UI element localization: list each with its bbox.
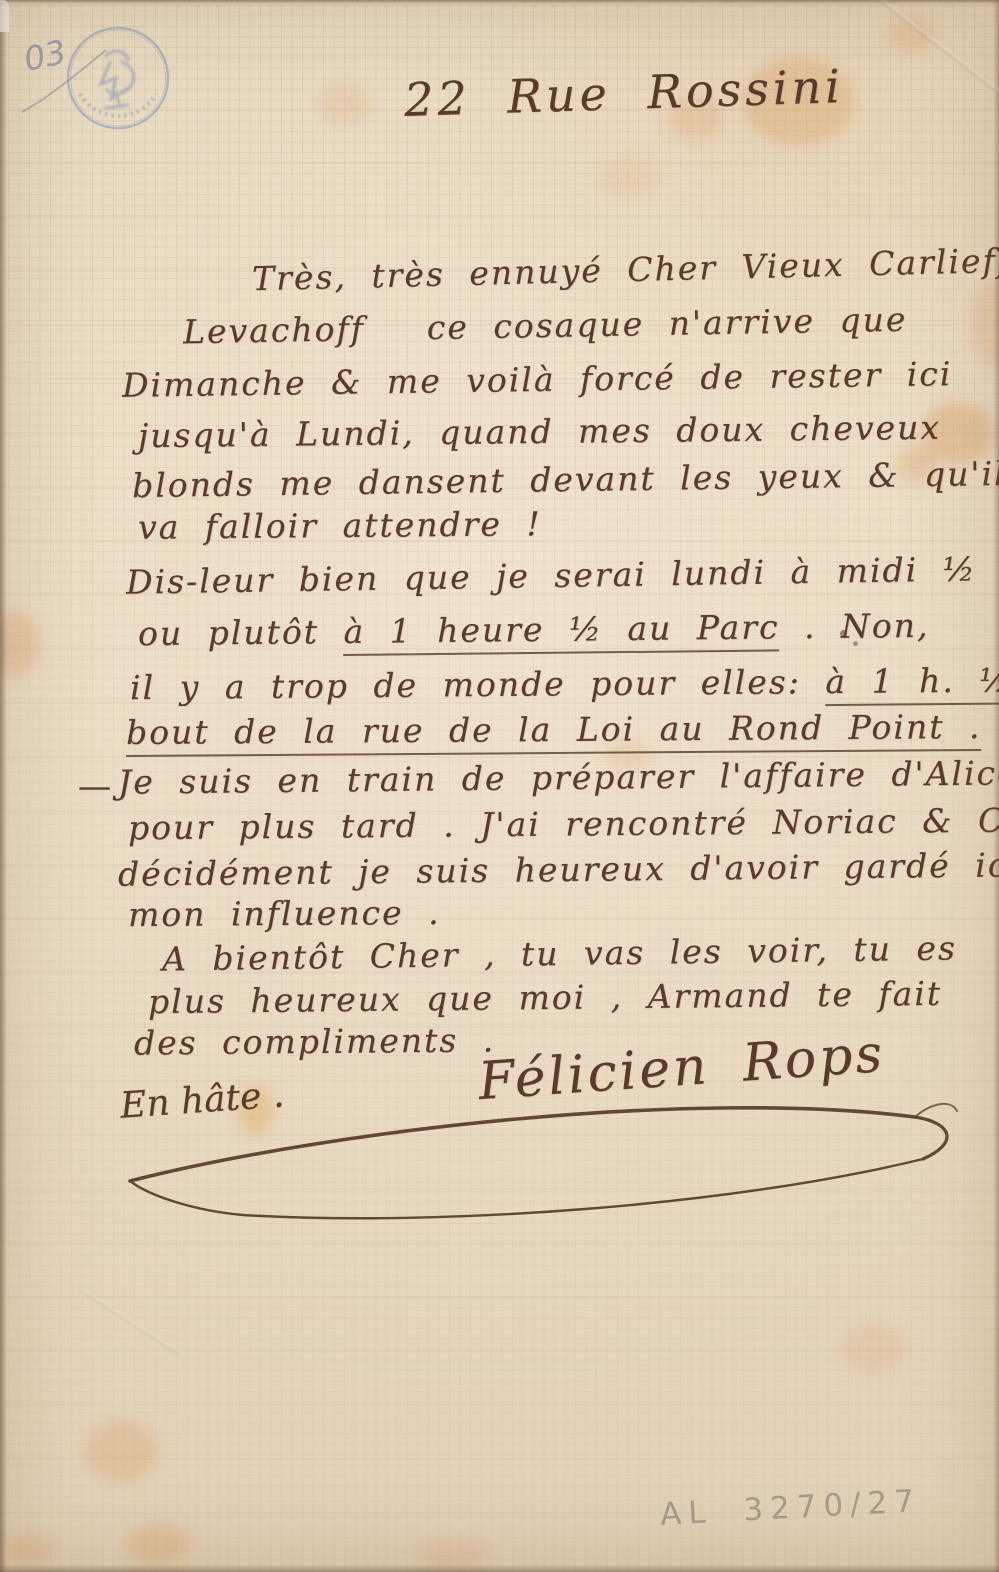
- line-segment: . Non,: [779, 606, 929, 647]
- line-segment: Levachoff: [183, 309, 365, 351]
- signature-flourish: [85, 1085, 965, 1265]
- letter-line-6: va falloir attendre !: [138, 504, 542, 547]
- line-segment-underlined: à 1 heure ½ au Parc: [343, 607, 779, 656]
- letter-line-16: plus heureux que moi , Armand te fait: [148, 974, 942, 1021]
- pencil-slash-stroke: [20, 46, 110, 116]
- letter-line-10: bout de la rue de la Loi au Rond Point .: [126, 707, 982, 752]
- letter-line-9: il y a trop de monde pour elles: à 1 h. …: [130, 660, 999, 707]
- line-segment: pour plus tard . J'ai rencontré Noriac &…: [128, 800, 999, 848]
- line-segment-underlined: bout de la rue de la Loi au Rond Point .: [126, 707, 982, 757]
- letter-line-12: pour plus tard . J'ai rencontré Noriac &…: [128, 800, 999, 848]
- line-segment: il y a trop de monde pour elles:: [130, 662, 826, 707]
- line-segment: ou plutôt: [138, 612, 344, 653]
- line-segment: des compliments .: [134, 1020, 496, 1062]
- letter-line-17: des compliments .: [134, 1020, 496, 1062]
- margin-dash: —: [78, 766, 113, 805]
- letter-line-8: ou plutôt à 1 heure ½ au Parc . Non,: [138, 606, 930, 653]
- line-segment-underlined: à 1 h. ½ au: [825, 660, 999, 706]
- line-segment: va falloir attendre !: [138, 504, 542, 547]
- line-segment: plus heureux que moi , Armand te fait: [148, 974, 942, 1021]
- scan-backdrop-sliver: [0, 0, 9, 32]
- letter-line-14: mon influence .: [128, 893, 441, 934]
- line-segment: mon influence .: [128, 893, 441, 934]
